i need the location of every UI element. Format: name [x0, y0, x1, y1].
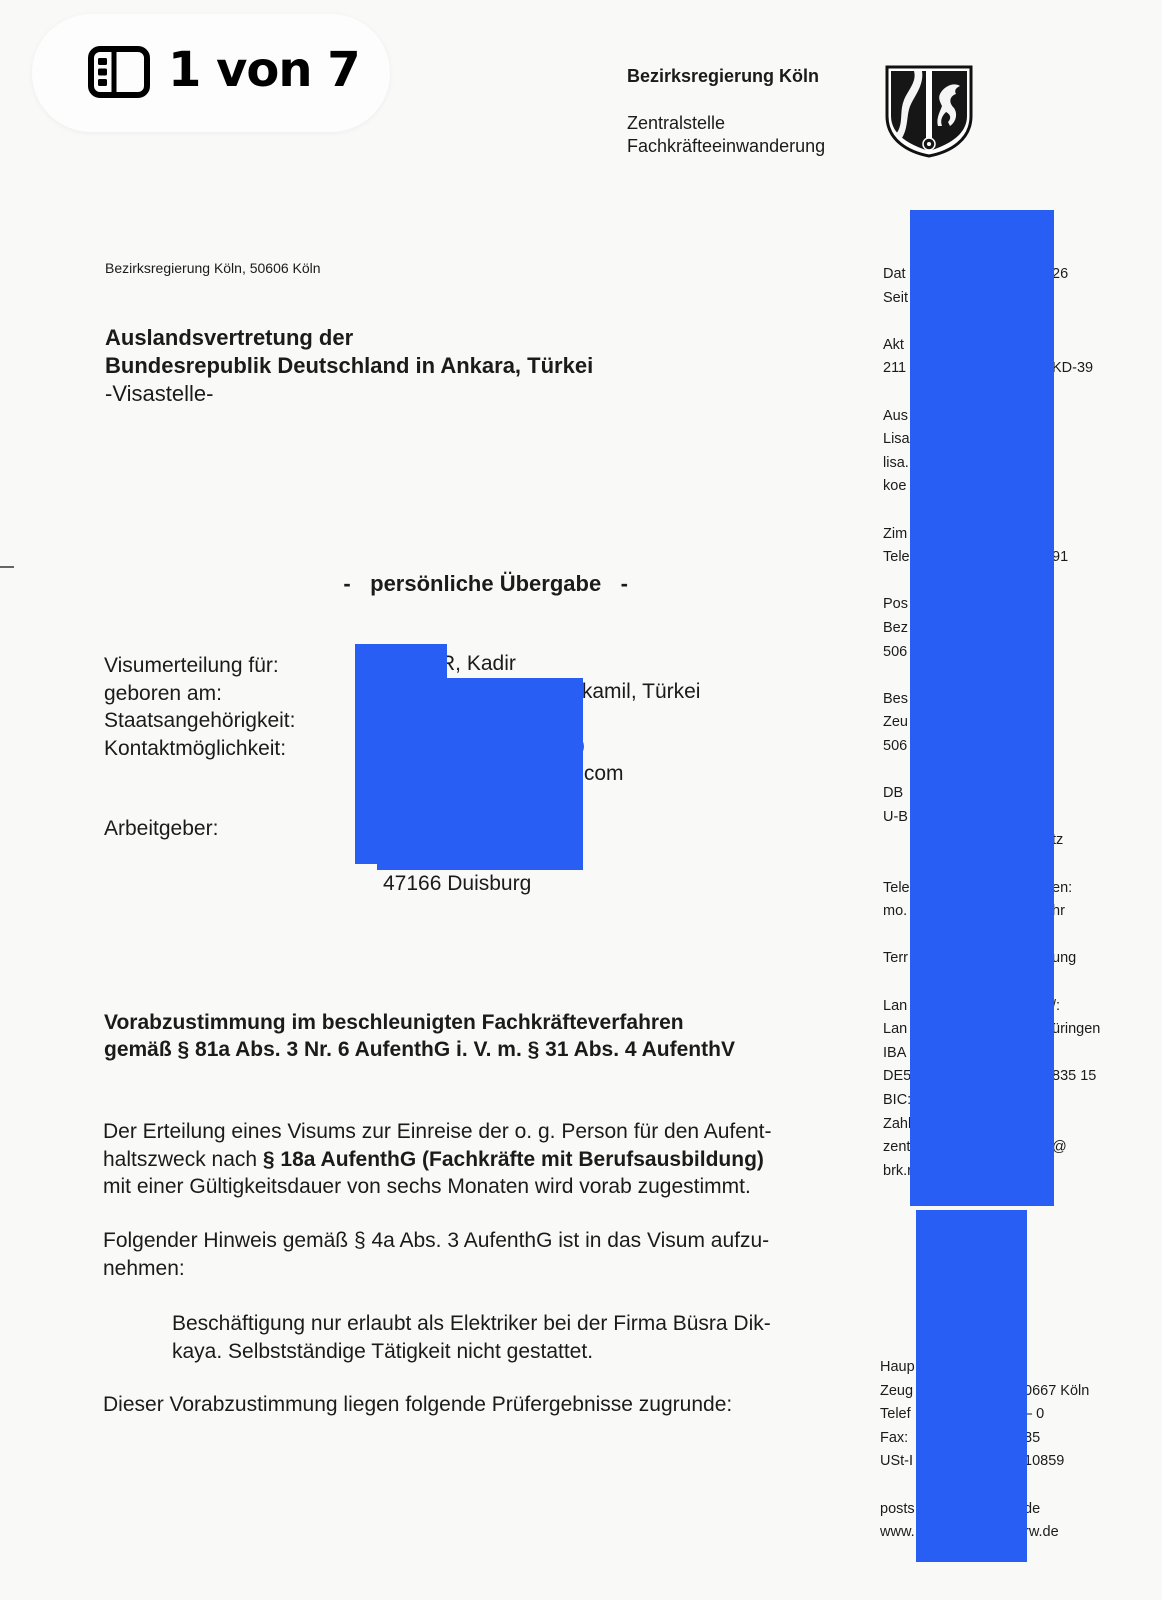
nrw-coat-of-arms-icon: [884, 64, 974, 158]
footer-text-fragment: – 0: [1024, 1402, 1044, 1426]
recipient-line-3: -Visastelle-: [105, 380, 593, 408]
paragraph-line: haltszweck nach § 18a AufenthG (Fachkräf…: [103, 1146, 771, 1174]
redaction-block: [377, 678, 583, 870]
paragraph-line: Folgender Hinweis gemäß § 4a Abs. 3 Aufe…: [103, 1227, 769, 1255]
department-line-1: Zentralstelle: [627, 112, 825, 135]
delivery-note-text: persönliche Übergabe: [370, 571, 601, 596]
sidebar-text-fragment: 26: [1052, 262, 1068, 286]
label-employer: Arbeitgeber:: [104, 817, 218, 841]
redaction-block: [910, 210, 1054, 1206]
footer-text-fragment: USt-I: [880, 1449, 913, 1473]
paragraph-line: Beschäftigung nur erlaubt als Elektriker…: [172, 1310, 771, 1338]
value-name: R, Kadir: [440, 652, 516, 676]
sidebar-text-fragment: Zim: [883, 522, 907, 546]
sidebar-text-fragment: brk.r: [883, 1159, 912, 1183]
sidebar-text-fragment: Akt: [883, 333, 904, 357]
paragraph-notice: Folgender Hinweis gemäß § 4a Abs. 3 Aufe…: [103, 1227, 769, 1282]
sidebar-text-fragment: üringen: [1052, 1017, 1100, 1041]
sidebar-text-fragment: Pos: [883, 592, 908, 616]
sidebar-text-fragment: Tele: [883, 545, 910, 569]
value-birthplace: tkamil, Türkei: [576, 680, 700, 704]
sidebar-text-fragment: Zeu: [883, 710, 908, 734]
sidebar-text-fragment: koe: [883, 474, 906, 498]
paragraph-line: Der Erteilung eines Visums zur Einreise …: [103, 1118, 771, 1146]
sidebar-text-fragment: Tele: [883, 876, 910, 900]
recipient-line-2: Bundesrepublik Deutschland in Ankara, Tü…: [105, 352, 593, 380]
redaction-block: [916, 1210, 1027, 1562]
paragraph-approval: Der Erteilung eines Visums zur Einreise …: [103, 1118, 771, 1201]
sidebar-text-fragment: Bez: [883, 616, 908, 640]
department-line-2: Fachkräfteeinwanderung: [627, 135, 825, 158]
sidebar-text-fragment: lisa.: [883, 451, 909, 475]
sidebar-text-fragment: 506: [883, 640, 907, 664]
sidebar-text-fragment: Zahl: [883, 1112, 911, 1136]
label-nationality: Staatsangehörigkeit:: [104, 707, 295, 735]
label-visa-for: Visumerteilung für:: [104, 652, 295, 680]
paragraph-results-intro: Dieser Vorabzustimmung liegen folgende P…: [103, 1391, 732, 1419]
sidebar-text-fragment: BIC:: [883, 1088, 911, 1112]
footer-text-fragment: Fax:: [880, 1426, 908, 1450]
sidebar-text-fragment: Dat: [883, 262, 906, 286]
sidebar-text-fragment: DB: [883, 781, 903, 805]
recipient-address: Auslandsvertretung der Bundesrepublik De…: [105, 324, 593, 408]
text-bold-legal-reference: § 18a AufenthG (Fachkräfte mit Berufsaus…: [263, 1148, 764, 1171]
page-thumbnails-icon: [88, 46, 150, 98]
page-counter-pill[interactable]: 1 von 7: [32, 14, 390, 132]
sidebar-text-fragment: 91: [1052, 545, 1068, 569]
sidebar-text-fragment: Lan: [883, 1017, 907, 1041]
sidebar-text-fragment: KD-39: [1052, 356, 1093, 380]
footer-text-fragment: Zeug: [880, 1379, 913, 1403]
delivery-note: - persönliche Übergabe -: [330, 571, 641, 597]
organization-name: Bezirksregierung Köln: [627, 66, 819, 87]
value-email: .com: [578, 762, 624, 786]
dash-right: -: [607, 571, 641, 597]
text-normal: haltszweck nach: [103, 1148, 263, 1171]
sidebar-text-fragment: @: [1052, 1135, 1067, 1159]
employment-restriction-note: Beschäftigung nur erlaubt als Elektriker…: [172, 1310, 771, 1365]
sidebar-text-fragment: 835 15: [1052, 1064, 1096, 1088]
label-contact: Kontaktmöglichkeit:: [104, 735, 295, 763]
sidebar-text-fragment: 211: [883, 356, 906, 380]
sidebar-text-fragment: zent: [883, 1135, 910, 1159]
footer-text-fragment: 0667 Köln: [1024, 1379, 1089, 1403]
label-born-on: geboren am:: [104, 680, 295, 708]
sidebar-text-fragment: 506: [883, 734, 907, 758]
sidebar-text-fragment: U-B: [883, 805, 908, 829]
footer-text-fragment: 10859: [1024, 1449, 1064, 1473]
footer-text-fragment: rw.de: [1024, 1520, 1059, 1544]
dash-left: -: [330, 571, 364, 597]
subject-heading: Vorabzustimmung im beschleunigten Fachkr…: [104, 1009, 735, 1063]
sidebar-text-fragment: DE5: [883, 1064, 911, 1088]
value-employer-city: 47166 Duisburg: [383, 872, 531, 896]
sidebar-text-fragment: Bes: [883, 687, 908, 711]
footer-text-fragment: Telef: [880, 1402, 911, 1426]
sidebar-text-fragment: Lisa: [883, 427, 910, 451]
field-labels: Visumerteilung für: geboren am: Staatsan…: [104, 652, 295, 762]
return-address: Bezirksregierung Köln, 50606 Köln: [105, 260, 321, 276]
page-indicator: 1 von 7: [168, 42, 360, 98]
sidebar-text-fragment: ung: [1052, 946, 1076, 970]
subject-line-1: Vorabzustimmung im beschleunigten Fachkr…: [104, 1009, 735, 1036]
subject-line-2: gemäß § 81a Abs. 3 Nr. 6 AufenthG i. V. …: [104, 1036, 735, 1063]
sidebar-text-fragment: en:: [1052, 876, 1072, 900]
paragraph-line: kaya. Selbstständige Tätigkeit nicht ges…: [172, 1338, 771, 1366]
recipient-line-1: Auslandsvertretung der: [105, 324, 593, 352]
sidebar-text-fragment: Terr: [883, 946, 908, 970]
footer-text-fragment: www.: [880, 1520, 915, 1544]
footer-text-fragment: posts: [880, 1497, 915, 1521]
sidebar-text-fragment: IBA: [883, 1041, 906, 1065]
sidebar-text-fragment: Aus: [883, 404, 908, 428]
paragraph-line: nehmen:: [103, 1255, 769, 1283]
sidebar-text-fragment: Lan: [883, 994, 907, 1018]
footer-text-fragment: Haup: [880, 1355, 915, 1379]
sidebar-text-fragment: mo.: [883, 899, 907, 923]
scan-mark: [0, 566, 14, 568]
sidebar-text-fragment: Seit: [883, 286, 908, 310]
paragraph-line: mit einer Gültigkeitsdauer von sechs Mon…: [103, 1173, 771, 1201]
department-name: Zentralstelle Fachkräfteeinwanderung: [627, 112, 825, 158]
